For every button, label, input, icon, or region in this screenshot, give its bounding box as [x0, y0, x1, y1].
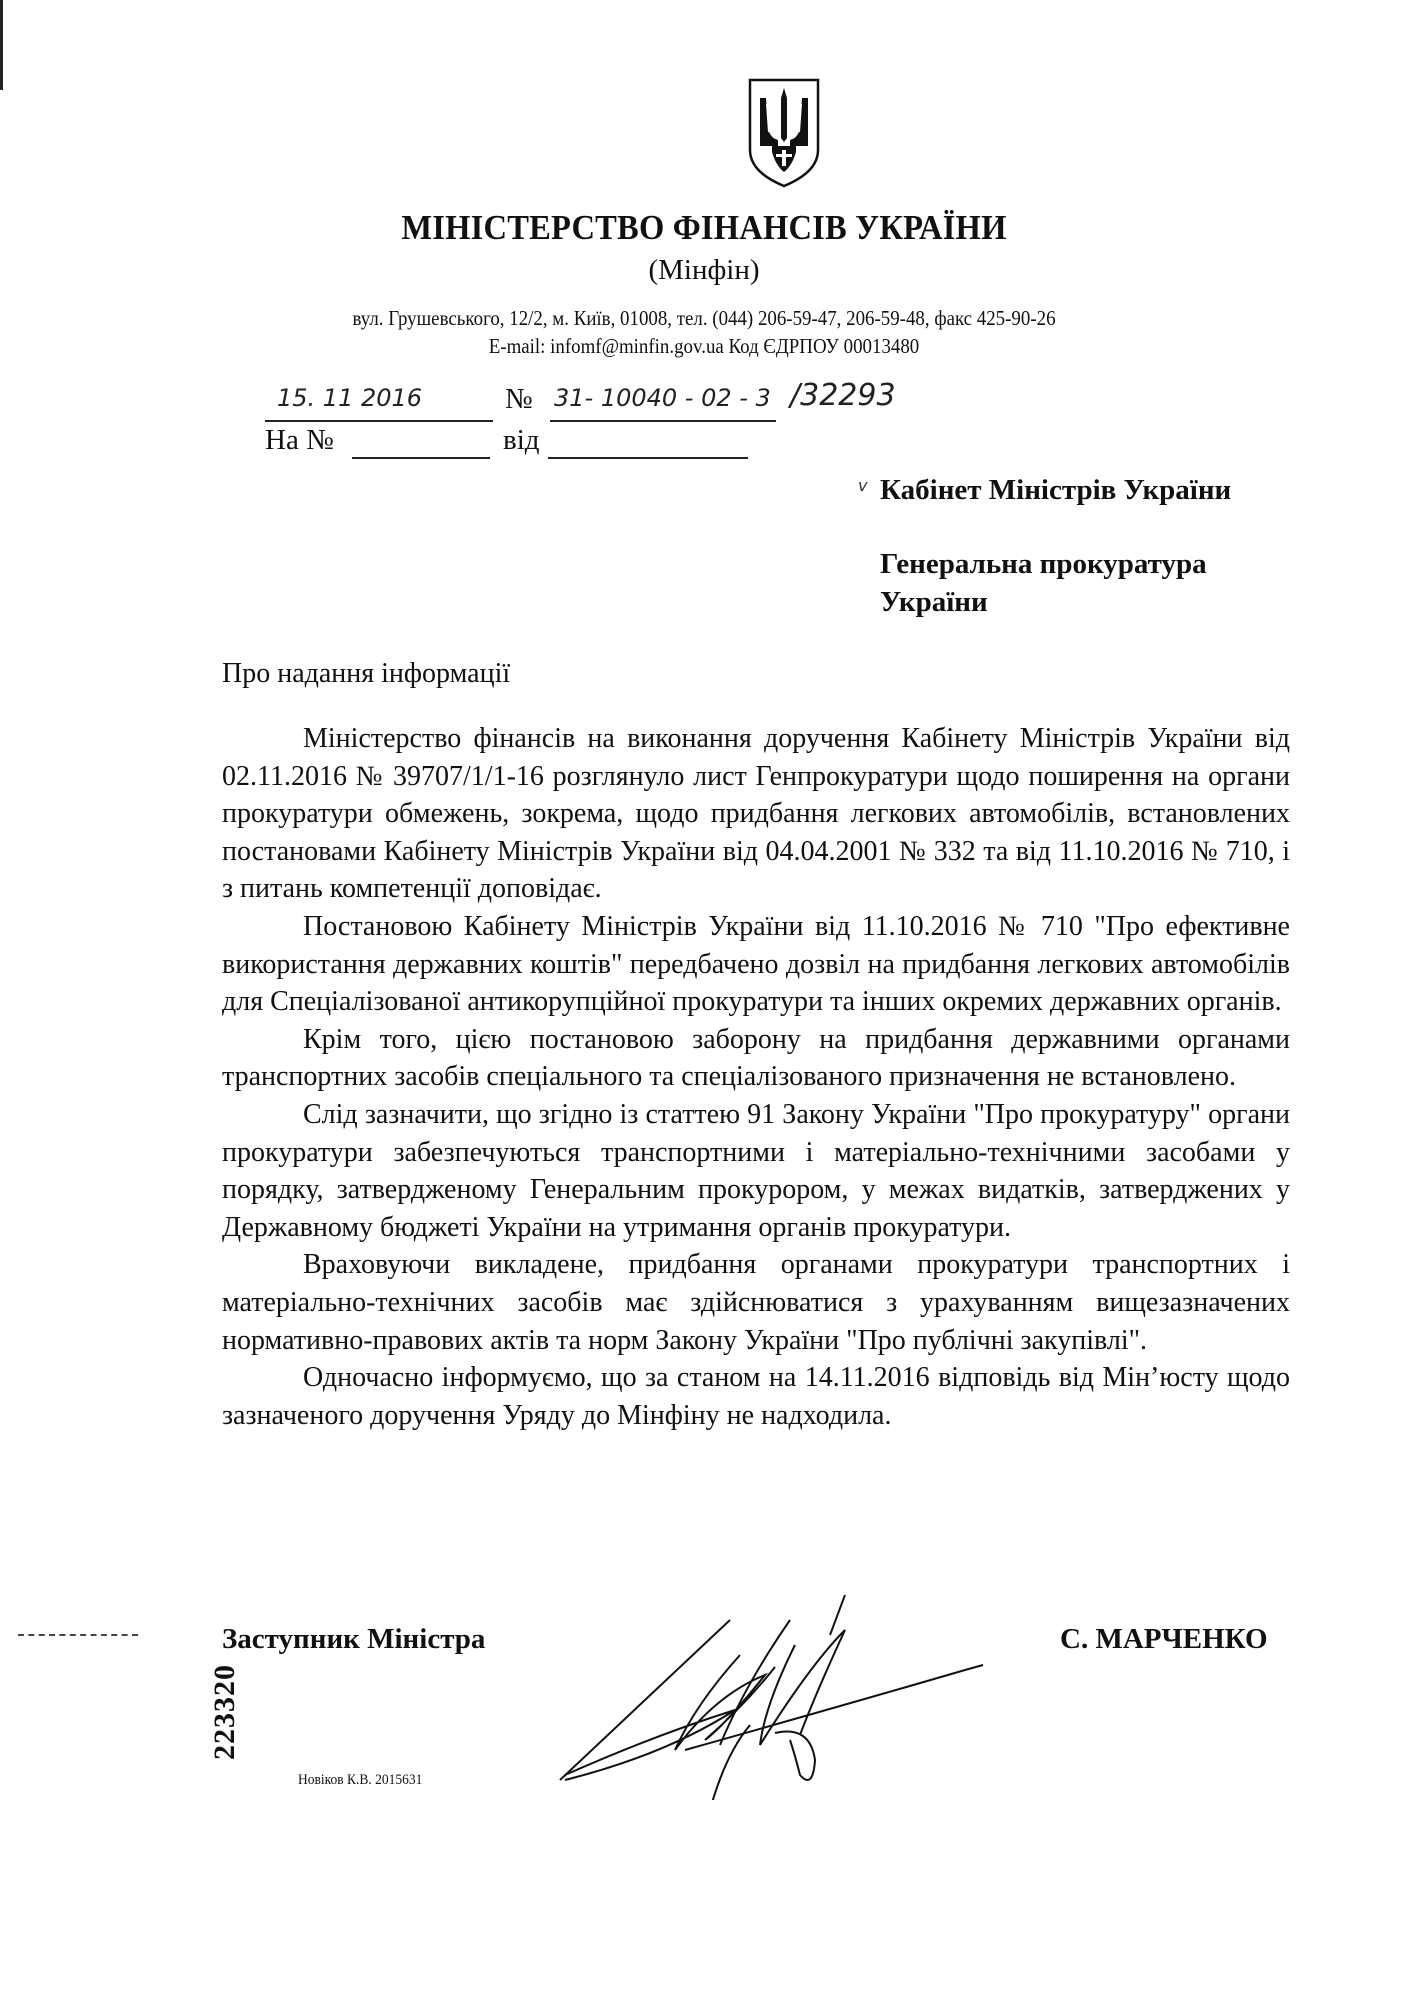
contact-line: E-mail: infomf@minfin.gov.ua Код ЄДРПОУ …: [70, 334, 1337, 359]
signatory-name: С. МАРЧЕНКО: [1060, 1623, 1268, 1656]
recipient-2-line-2: України: [880, 586, 988, 619]
outgoing-date-field: 15. 11 2016: [265, 380, 493, 422]
body-paragraph: Враховуючи викладене, придбання органами…: [222, 1246, 1290, 1359]
number-label: №: [505, 383, 533, 416]
signatory-position: Заступник Міністра: [222, 1623, 485, 1656]
body-paragraph: Міністерство фінансів на виконання доруч…: [222, 720, 1290, 908]
scan-edge-mark: [0, 0, 3, 90]
body-paragraph: Постановою Кабінету Міністрів України ві…: [222, 908, 1290, 1021]
stamp-number: 223320: [208, 1664, 242, 1760]
body-paragraph: Слід зазначити, що згідно із статтею 91 …: [222, 1096, 1290, 1246]
check-mark: v: [858, 476, 867, 495]
recipient-name: Кабінет Міністрів України: [880, 474, 1231, 507]
ministry-short-name: (Мінфін): [0, 254, 1408, 287]
ministry-name: МІНІСТЕРСТВО ФІНАНСІВ УКРАЇНИ: [49, 208, 1358, 248]
outgoing-date: 15. 11 2016: [277, 384, 422, 412]
letter-body: Міністерство фінансів на виконання доруч…: [222, 720, 1290, 1434]
margin-mark: [18, 1634, 138, 1636]
outgoing-number-field: 31- 10040 - 02 - 3: [550, 380, 776, 422]
handwritten-signature: [545, 1555, 1005, 1800]
reply-date-label: від: [503, 424, 540, 457]
recipient-2-line-1: Генеральна прокуратура: [880, 548, 1207, 581]
executor-info: Новіков К.В. 2015631: [298, 1772, 422, 1789]
outgoing-number-suffix: /32293: [790, 378, 896, 413]
address-line: вул. Грушевського, 12/2, м. Київ, 01008,…: [70, 306, 1337, 331]
trident-coat-of-arms-icon: [746, 76, 822, 188]
body-paragraph: Одночасно інформуємо, що за станом на 14…: [222, 1359, 1290, 1434]
reply-number-label: На №: [265, 424, 334, 457]
outgoing-number: 31- 10040 - 02 - 3: [554, 384, 771, 412]
body-paragraph: Крім того, цією постановою заборону на п…: [222, 1021, 1290, 1096]
reply-number-field: [352, 424, 490, 459]
reply-date-field: [548, 424, 748, 459]
letter-subject: Про надання інформації: [222, 658, 510, 690]
